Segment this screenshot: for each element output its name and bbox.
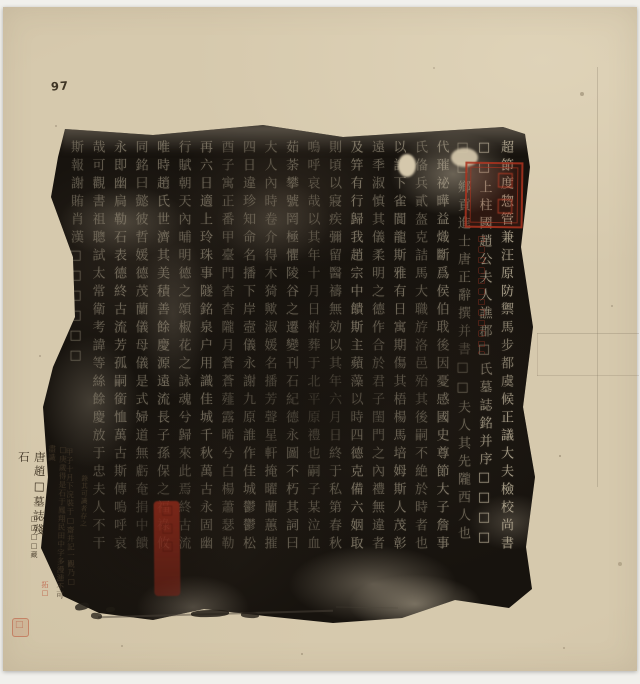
corner-seal-text: □ (15, 620, 24, 630)
rubbing-text-column: 嗚呼哀哉以其年十月日祔葬于北平原禮也嗣子某泣血 (301, 140, 323, 609)
paper-hole (398, 154, 416, 177)
tall-red-seal-text: □□□ (156, 503, 179, 594)
ink-dash (74, 602, 89, 612)
rubbing-text-column: 及笄有行歸我趙宗中饋斯主蘋藻以時四德克備六姻取 (344, 140, 366, 609)
rubbing-text-column: 茹荼攀號罔極懼陵谷之遷變刊石紀德永圖不朽其詞曰 (280, 140, 302, 609)
rubbing: 超節度惣管兼汪原防禦馬步都虞候正議大夫檢校尚書 □□上柱國趙公夫人譙郡□氏墓誌銘… (33, 102, 538, 627)
rubbing-text-column: 永即幽扃勒石表德終古流芳孤嗣銜恤萬古斯傳嗚呼哀 (108, 140, 130, 609)
crease-line (537, 375, 639, 376)
corner-seal-mark: □ (12, 618, 29, 637)
rubbing-text-column: 大人內時卷介得木猗歟淑媛名播芳聲星軒掩曜蘭蕙摧 (258, 140, 280, 609)
rubbing-text-column: 哉可觀書祖聰試太常衛考諱等絲餘慶放于忠夫人不干 (86, 140, 108, 609)
rubbing-text-column: 氏俻兵貳盔克詰馬大職斿洛邑殆其後嗣不絶於時者也 (409, 140, 431, 609)
red-ink-mark: 拓□ (40, 581, 50, 605)
rubbing-text-column: 代璀祕曄益熾斷爲侯伯聀後因憂感國史尊節大子詹事 (430, 140, 452, 609)
crease-line (537, 333, 639, 334)
scanned-album-page: 97 超節度惣管兼汪原防禦馬步都虞候正議大夫檢校尚書 □□上柱國趙公夫人譙郡□氏… (0, 0, 640, 684)
paper-sheet: 97 超節度惣管兼汪原防禦馬步都虞候正議大夫檢校尚書 □□上柱國趙公夫人譙郡□氏… (3, 7, 637, 671)
red-inscription-column: □□□□□□□□□□□□□ (474, 234, 486, 354)
crease-line (597, 67, 598, 487)
page-number: 97 (51, 78, 70, 93)
crease-line (537, 333, 538, 376)
ink-dash (241, 612, 259, 619)
rubbing-text-area: 超節度惣管兼汪原防禦馬步都虞候正議大夫檢校尚書 □□上柱國趙公夫人譙郡□氏墓誌銘… (63, 140, 516, 609)
rubbing-text-column: 再六日適上玲珠事隧銘泉户用識佳城千秋萬古永固幽 (194, 140, 216, 609)
collector-seal-text: □□□□ (471, 168, 518, 223)
ink-dash (191, 609, 229, 617)
rubbing-text-column: 則頃以寢疾彌留醫禱無効以其年六月日終于私第春秋 (323, 140, 345, 609)
margin-title-subnote: □□□□藏 (29, 515, 39, 567)
ink-dash (91, 612, 103, 619)
rubbing-text-column: 四日違珍知命名播下岸壼儀永謝九原誰作佳城鬱鬱松 (237, 140, 259, 609)
rubbing-text-column: 遠秊淑慎其儀柔明之德作合於君子閨門之內禮無違者 (366, 140, 388, 609)
paper-speckles (3, 7, 5, 9)
rubbing-text-column: 以誚下雀閬龍斯雅有日寓期傷其梧楊馬培姆斯人茂彰 (387, 140, 409, 609)
margin-note-column: 甲子十月下浣裝于□齋并記一觀乃□ (64, 448, 77, 600)
tall-red-seal: □□□ (154, 501, 181, 596)
rubbing-text-column: 同銘曰懿彼哲媛德茂蘭儀母儀是式婦道無虧奄捐中饋 (129, 140, 151, 609)
collector-seal: □□□□ (465, 162, 524, 229)
rubbing-text-column: 酉子寓正番甲臺門杳杳隴月蒼蒼薤露晞兮白楊蕭瑟勒 (215, 140, 237, 609)
